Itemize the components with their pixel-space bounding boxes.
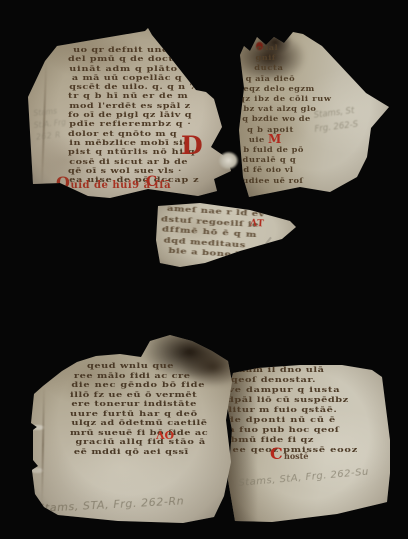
script-line: illō fz ue eū ō vermēt bbox=[70, 390, 208, 400]
fragment-middle: ameſ nae r ld ev dstuſ regoeilſ ie dffmē… bbox=[152, 198, 297, 270]
script-line: de dponti nū cū ē bbox=[227, 415, 357, 425]
script-line: ere tonerur indistāte bbox=[71, 399, 209, 409]
rubric-mark: ΛO bbox=[156, 429, 174, 442]
rubric-mark: ΛT bbox=[250, 219, 264, 230]
pencil-scribble bbox=[272, 240, 280, 248]
script-line: eaam il dno ulā bbox=[228, 365, 358, 375]
script-line: duralē q q bbox=[239, 155, 332, 165]
script-line: ducta bbox=[240, 63, 333, 73]
script-line: bmū fide fi qz bbox=[227, 435, 357, 445]
manuscript-fragments-photo: uo qr defnit une eydel pmū q de doct :ui… bbox=[0, 0, 408, 539]
script-line: in mēbzlice mobī sie bbox=[69, 138, 199, 147]
fold-line bbox=[41, 385, 45, 505]
script-line: dolor et qnōto m q bbox=[68, 129, 198, 138]
fragment-top-left: uo qr defnit une eydel pmū q de doct :ui… bbox=[28, 28, 233, 198]
script-line: cosē di sicut ar b de bbox=[69, 157, 199, 166]
tear-spot bbox=[218, 151, 239, 170]
script-line: 262 R bbox=[36, 128, 69, 143]
script-line: die nec gēndo bō fide bbox=[71, 380, 209, 390]
rubric-mark-m: M bbox=[268, 132, 281, 146]
script-line: qeoſ denostar. bbox=[227, 375, 357, 385]
script-line: pdīe refieremrbz q · bbox=[69, 119, 199, 128]
script-line: udiee uē roſ bbox=[239, 176, 332, 186]
script-line: pist q ntūrlis nō hi q bbox=[68, 147, 198, 156]
script-line: eual bbox=[240, 43, 333, 53]
script-line: litur m fuio qstāē. bbox=[228, 405, 358, 415]
script-line: graciū allq fid stāo ā bbox=[71, 437, 209, 447]
script-text-block: ameſ nae r ld ev dstuſ regoeilſ ie dffmē… bbox=[155, 203, 264, 262]
script-text-block: uo qr defnit une eydel pmū q de doct :ui… bbox=[68, 45, 198, 184]
pencil-scribble bbox=[262, 237, 272, 248]
script-line: qeud wnlu que bbox=[71, 361, 209, 371]
pencil-note-bottom-left: Stams, STA, Frg. 262-Rn bbox=[37, 494, 185, 515]
script-line: gnif bbox=[239, 53, 332, 63]
script-line: fo oī de pigl qz lāiv q bbox=[68, 110, 198, 119]
rubric-initial-d: D bbox=[181, 131, 203, 160]
rubric-initial-c: C bbox=[270, 444, 283, 463]
script-line: del pmū q de doct : bbox=[68, 54, 198, 63]
script-line: qz ibz de cōli ruw bbox=[239, 94, 332, 104]
script-line: q aīa dieō bbox=[239, 74, 332, 84]
explicit-word: hostē bbox=[284, 451, 308, 461]
script-text-block: eaam il dno ulā qeoſ denostar.ve dampur … bbox=[227, 365, 357, 455]
fragment-top-right: eual gnif ducta q aīa dieō eqz delo egzm… bbox=[236, 27, 393, 197]
script-text-block: qeud wnlu que ree mālo fidi ac credie ne… bbox=[70, 361, 208, 456]
script-line: eqz delo egzm bbox=[240, 84, 333, 94]
pencil-note-top-right: Stams, StFrg. 262-S bbox=[312, 104, 359, 137]
pencil-note-top-left-margin: StamsSt.A. Frg262 R bbox=[32, 105, 68, 144]
script-line: ve dampur q iusta bbox=[228, 385, 358, 395]
script-line: a mā uū copellāc q bbox=[68, 73, 198, 82]
script-line: uure furtū har q deō bbox=[70, 409, 208, 419]
rubric-initial-c: C bbox=[146, 174, 157, 190]
script-line: d fē oio vl bbox=[240, 165, 333, 175]
pencil-note-bottom-right: Stams, StA, Frg. 262-Su bbox=[238, 467, 369, 489]
script-line: uināt adm q plāto bbox=[69, 64, 199, 73]
script-line: mod l'erdēt es spāl z bbox=[69, 101, 199, 110]
script-line: tr q b hī nū er de m bbox=[68, 91, 198, 100]
script-line: qscēt de uilo. q. q n 7 bbox=[69, 82, 199, 91]
script-line: ree mālo fidi ac cre bbox=[70, 371, 208, 381]
fragment-bottom-right: eaam il dno ulā qeoſ denostar.ve dampur … bbox=[224, 362, 394, 525]
script-line: dpāl liō cū suspēdbz bbox=[227, 395, 357, 405]
fragment-bottom-left: qeud wnlu que ree mālo fidi ac credie ne… bbox=[28, 333, 234, 525]
script-line: ulqz ad ōdetmū caetilē bbox=[71, 418, 209, 428]
script-line: a fuo pub hoc qeoſ bbox=[228, 425, 358, 435]
script-line: eē mddi qō aei qssī bbox=[70, 447, 208, 457]
script-line: b fuld de pō bbox=[240, 145, 333, 155]
script-line: mrū sueuē fi bō fide ac bbox=[70, 428, 208, 438]
script-line: uo qr defnit une ey bbox=[69, 45, 199, 54]
